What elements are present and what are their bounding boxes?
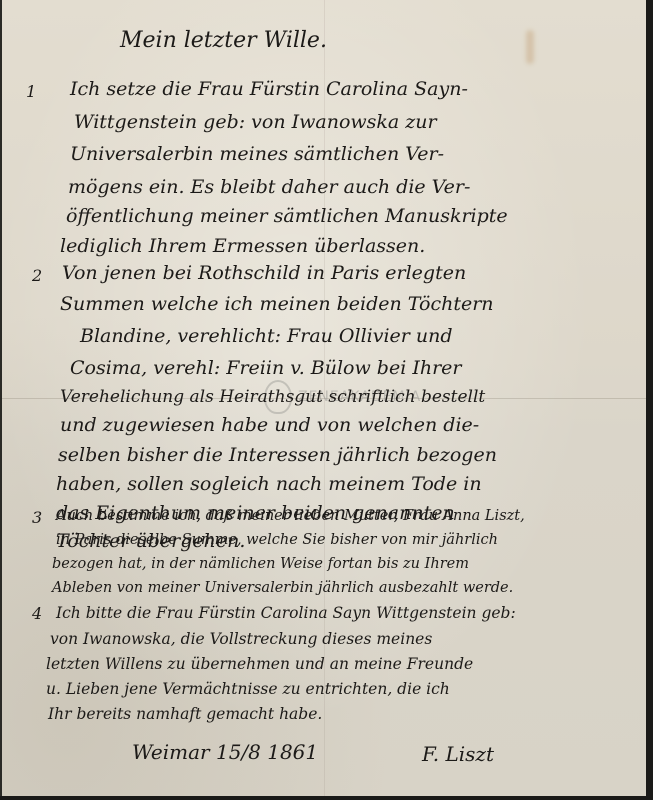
text-line: in Paris dieselbe Summe, welche Sie bish… bbox=[56, 532, 498, 548]
place-date: Weimar 15/8 1861 bbox=[132, 740, 318, 764]
text-line: mögens ein. Es bleibt daher auch die Ver… bbox=[68, 176, 470, 198]
text-line: Universalerbin meines sämtlichen Ver- bbox=[70, 143, 444, 165]
document-title: Mein letzter Wille. bbox=[120, 28, 327, 53]
text-line: Summen welche ich meinen beiden Töchtern bbox=[60, 293, 494, 315]
text-line: selben bisher die Interessen jährlich be… bbox=[58, 444, 497, 466]
section-number: 3 bbox=[32, 508, 42, 527]
signature: F. Liszt bbox=[422, 742, 494, 766]
text-line: Ihr bereits namhaft gemacht habe. bbox=[48, 705, 322, 723]
text-line: öffentlichung meiner sämtlichen Manuskri… bbox=[66, 205, 508, 227]
section-number: 1 bbox=[26, 82, 36, 101]
text-line: von Iwanowska, die Vollstreckung dieses … bbox=[50, 630, 432, 648]
text-line: lediglich Ihrem Ermessen überlassen. bbox=[60, 235, 425, 257]
text-line: Ableben von meiner Universalerbin jährli… bbox=[52, 580, 513, 596]
paper-stain bbox=[526, 30, 534, 64]
text-line: u. Lieben jene Vermächtnisse zu entricht… bbox=[46, 680, 450, 698]
section-number: 2 bbox=[32, 266, 42, 285]
text-line: haben, sollen sogleich nach meinem Tode … bbox=[56, 473, 482, 495]
text-line: bezogen hat, in der nämlichen Weise fort… bbox=[52, 556, 469, 572]
scan-border-bottom bbox=[0, 796, 653, 800]
document-page: ZENEAKADEMIA Mein letzter Wille. 1 Ich s… bbox=[2, 0, 646, 796]
text-line: Von jenen bei Rothschild in Paris erlegt… bbox=[62, 262, 466, 284]
text-line: Ich bitte die Frau Fürstin Carolina Sayn… bbox=[56, 604, 516, 622]
text-line: Blandine, verehlicht: Frau Ollivier und bbox=[80, 325, 453, 347]
text-line: Verehelichung als Heirathsgut schriftlic… bbox=[60, 387, 485, 407]
text-line: und zugewiesen habe und von welchen die- bbox=[60, 414, 479, 436]
text-line: Cosima, verehl: Freiin v. Bülow bei Ihre… bbox=[70, 357, 461, 379]
text-line: Wittgenstein geb: von Iwanowska zur bbox=[74, 111, 437, 133]
text-line: Ich setze die Frau Fürstin Carolina Sayn… bbox=[70, 78, 468, 100]
text-line: letzten Willens zu übernehmen und an mei… bbox=[46, 655, 473, 673]
scan-border-right bbox=[646, 0, 653, 800]
section-number: 4 bbox=[32, 604, 42, 623]
text-line: Auch bestimme ich, daß meiner lieben Mut… bbox=[56, 508, 525, 524]
